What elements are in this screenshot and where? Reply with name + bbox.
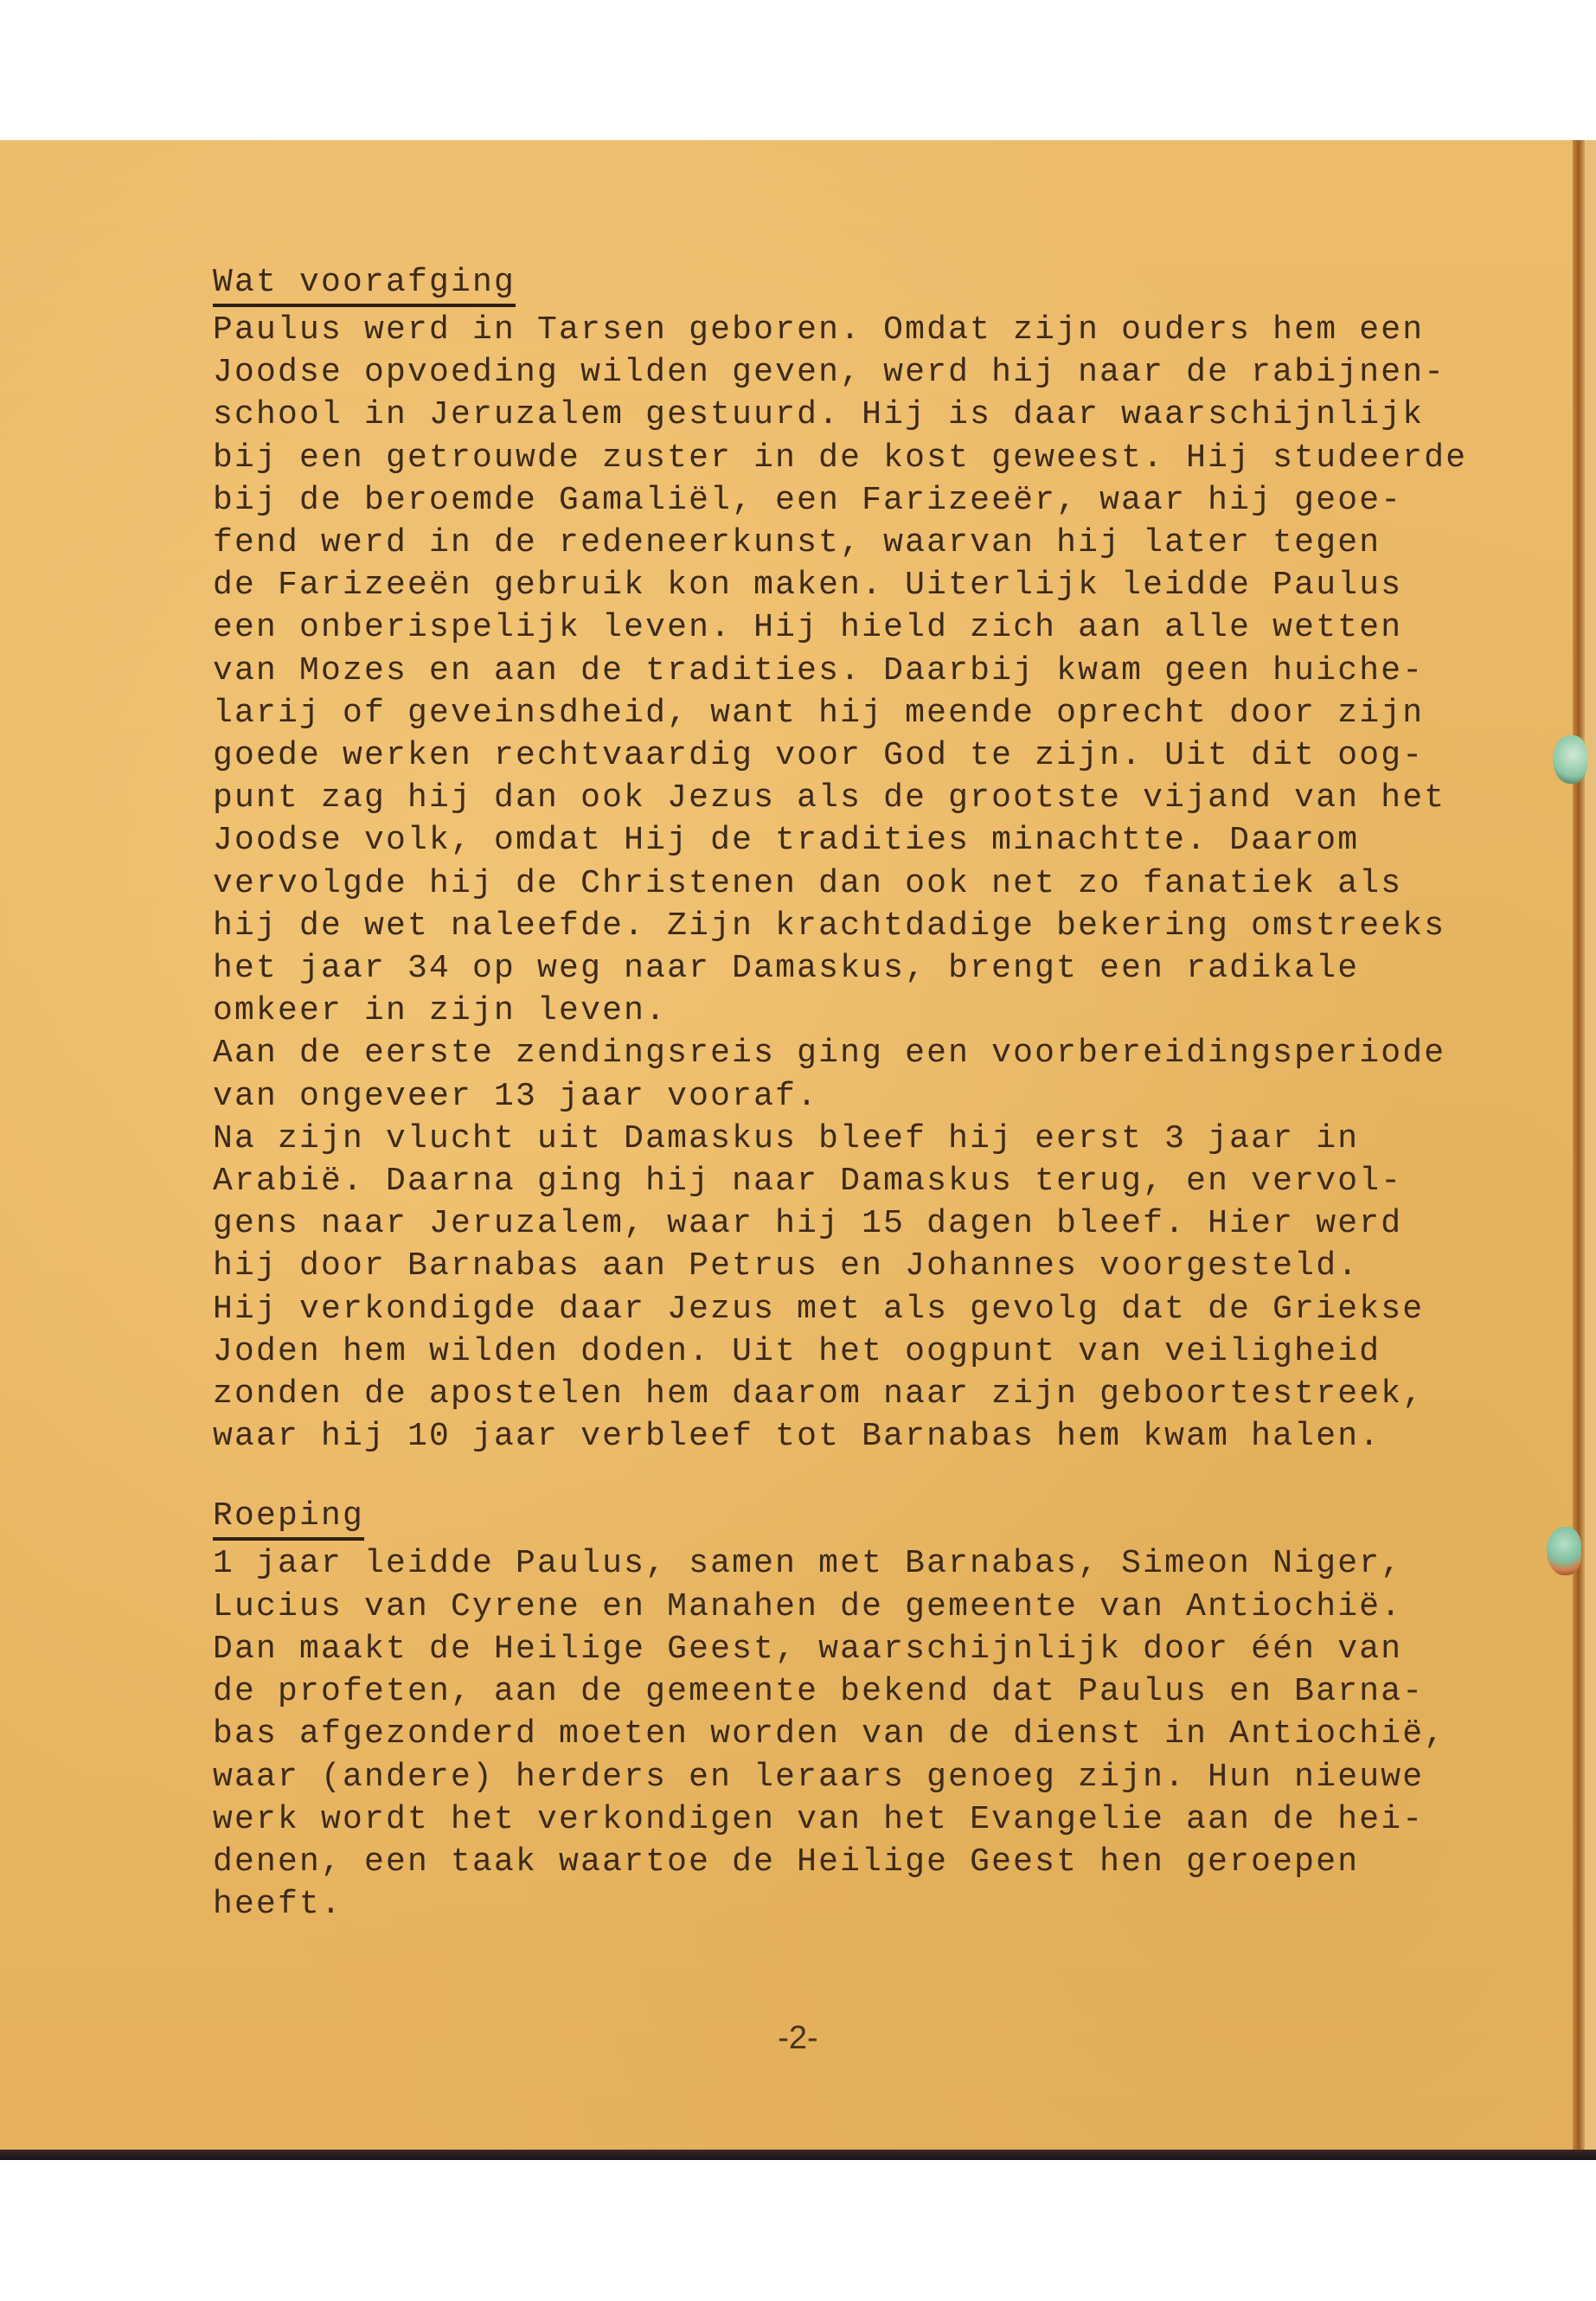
text-line: Joden hem wilden doden. Uit het oogpunt … xyxy=(213,1330,1510,1373)
section-heading: Roeping xyxy=(213,1497,364,1541)
section-body: Paulus werd in Tarsen geboren. Omdat zij… xyxy=(213,309,1510,1458)
text-line: Hij verkondigde daar Jezus met als gevol… xyxy=(213,1288,1510,1330)
text-line: van Mozes en aan de tradities. Daarbij k… xyxy=(213,650,1510,692)
text-line: waar (andere) herders en leraars genoeg … xyxy=(213,1756,1510,1798)
section-body: 1 jaar leidde Paulus, samen met Barnabas… xyxy=(213,1542,1510,1926)
text-line: Lucius van Cyrene en Manahen de gemeente… xyxy=(213,1586,1510,1628)
text-line: waar hij 10 jaar verbleef tot Barnabas h… xyxy=(213,1415,1510,1458)
text-line: het jaar 34 op weg naar Damaskus, brengt… xyxy=(213,947,1510,990)
text-line: bas afgezonderd moeten worden van de die… xyxy=(213,1713,1510,1755)
text-line: gens naar Jeruzalem, waar hij 15 dagen b… xyxy=(213,1202,1510,1245)
text-line: school in Jeruzalem gestuurd. Hij is daa… xyxy=(213,394,1510,436)
text-line: heeft. xyxy=(213,1883,1510,1926)
text-line: omkeer in zijn leven. xyxy=(213,990,1510,1032)
section-heading: Wat voorafging xyxy=(213,264,516,307)
text-line: Joodse opvoeding wilden geven, werd hij … xyxy=(213,351,1510,394)
text-line: punt zag hij dan ook Jezus als de groots… xyxy=(213,777,1510,819)
text-line: denen, een taak waartoe de Heilige Geest… xyxy=(213,1841,1510,1883)
text-line: 1 jaar leidde Paulus, samen met Barnabas… xyxy=(213,1542,1510,1585)
text-line: werk wordt het verkondigen van het Evang… xyxy=(213,1798,1510,1841)
text-line: larij of geveinsdheid, want hij meende o… xyxy=(213,692,1510,734)
section-roeping: Roeping 1 jaar leidde Paulus, samen met … xyxy=(213,1497,1510,1926)
text-line: van ongeveer 13 jaar vooraf. xyxy=(213,1075,1510,1118)
text-line: Na zijn vlucht uit Damaskus bleef hij ee… xyxy=(213,1118,1510,1160)
page-bottom-edge xyxy=(0,2150,1596,2160)
text-line: Paulus werd in Tarsen geboren. Omdat zij… xyxy=(213,309,1510,351)
text-line: hij door Barnabas aan Petrus en Johannes… xyxy=(213,1245,1510,1287)
text-line: een onberispelijk leven. Hij hield zich … xyxy=(213,606,1510,649)
text-line: de Farizeeën gebruik kon maken. Uiterlij… xyxy=(213,564,1510,606)
binding-cover-edge xyxy=(1585,140,1596,2156)
text-line: goede werken rechtvaardig voor God te zi… xyxy=(213,734,1510,777)
page-number: -2- xyxy=(0,2020,1596,2057)
text-line: zonden de apostelen hem daarom naar zijn… xyxy=(213,1373,1510,1415)
binding-spine xyxy=(1573,140,1585,2156)
typewritten-content: Wat voorafging Paulus werd in Tarsen geb… xyxy=(213,264,1510,1926)
binding-clip-icon xyxy=(1553,735,1587,784)
text-line: Dan maakt de Heilige Geest, waarschijnli… xyxy=(213,1628,1510,1670)
text-line: de profeten, aan de gemeente bekend dat … xyxy=(213,1670,1510,1713)
text-line: hij de wet naleefde. Zijn krachtdadige b… xyxy=(213,905,1510,947)
text-line: Joodse volk, omdat Hij de tradities mina… xyxy=(213,819,1510,862)
text-line: fend werd in de redeneerkunst, waarvan h… xyxy=(213,522,1510,564)
binding-clip-icon xyxy=(1547,1527,1581,1575)
text-line: vervolgde hij de Christenen dan ook net … xyxy=(213,862,1510,905)
text-line: bij een getrouwde zuster in de kost gewe… xyxy=(213,437,1510,479)
text-line: Aan de eerste zendingsreis ging een voor… xyxy=(213,1032,1510,1074)
text-line: bij de beroemde Gamaliël, een Farizeeër,… xyxy=(213,479,1510,522)
section-wat-voorafging: Wat voorafging Paulus werd in Tarsen geb… xyxy=(213,264,1510,1458)
text-line: Arabië. Daarna ging hij naar Damaskus te… xyxy=(213,1160,1510,1202)
